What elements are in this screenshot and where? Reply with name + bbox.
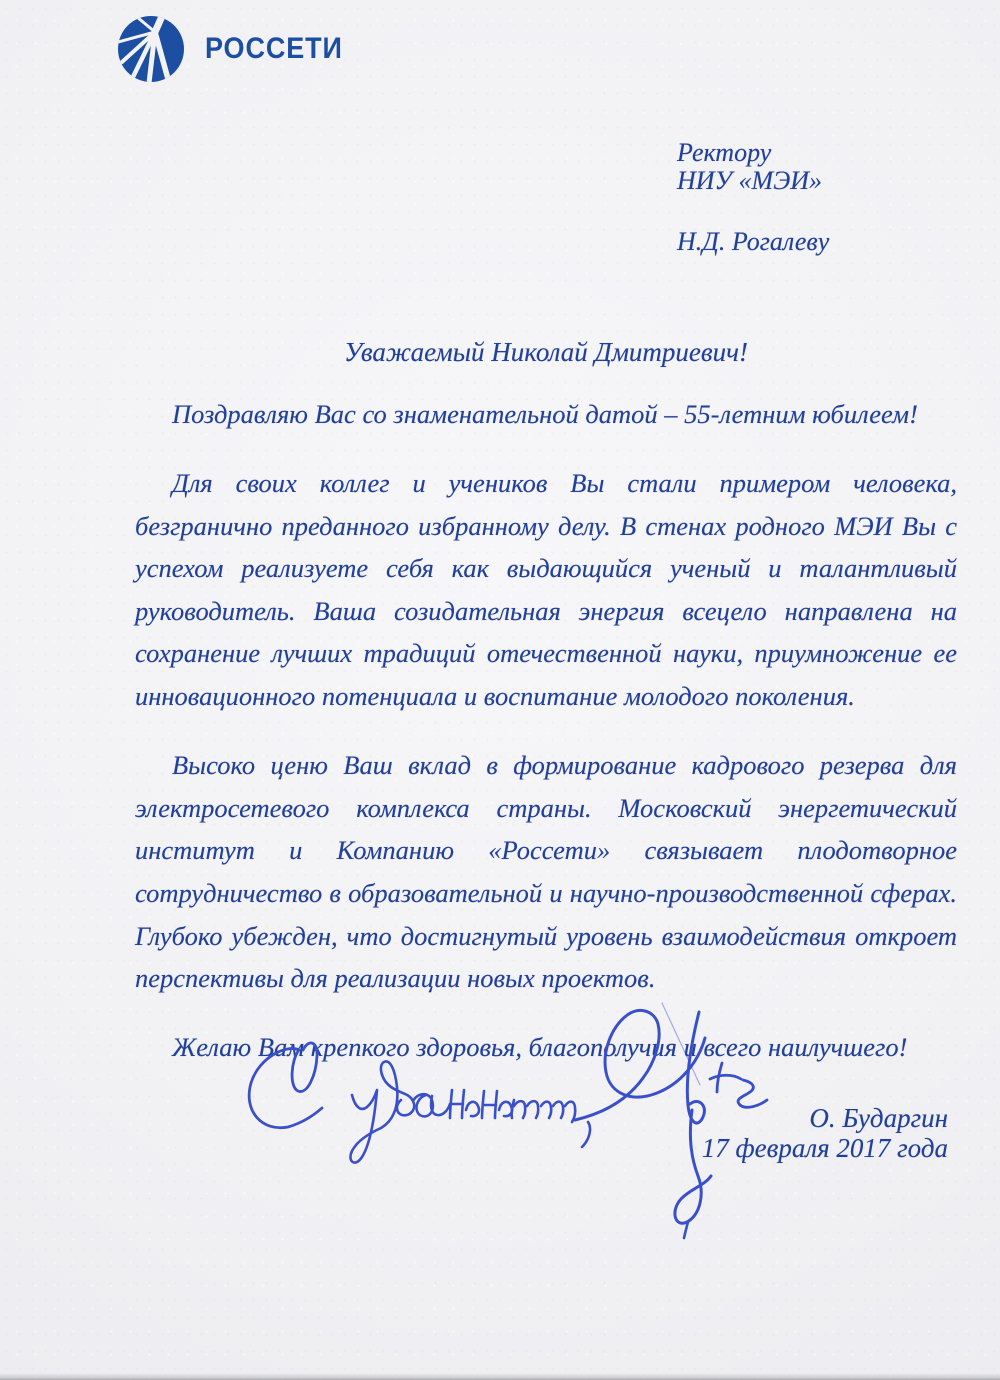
rosseti-globe-icon (118, 16, 184, 82)
signoff-block: О. Бударгин 17 февраля 2017 года (702, 1103, 948, 1163)
addressee-name: Н.Д. Рогалеву (677, 228, 829, 256)
letter-line: успехом реализуете себя как выдающийся у… (135, 547, 957, 590)
letter-date: 17 февраля 2017 года (702, 1133, 948, 1163)
letter-line: Высоко ценю Ваш вклад в формирование кад… (135, 744, 957, 787)
letter-line: Глубоко убежден, что достигнутый уровень… (135, 915, 957, 958)
scanned-letter-page: РОССЕТИ Ректору НИУ «МЭИ» Н.Д. Рогалеву … (0, 0, 1000, 1380)
letter-line: Поздравляю Вас со знаменательной датой –… (135, 393, 957, 436)
letter-line: руководитель. Ваша созидательная энергия… (135, 590, 957, 633)
salutation-line: Уважаемый Николай Дмитриевич! (135, 337, 957, 368)
letterhead: РОССЕТИ (118, 16, 358, 82)
addressee-block: Ректору НИУ «МЭИ» Н.Д. Рогалеву (677, 139, 829, 256)
letter-line: институт и Компанию «Россети» связывает … (135, 829, 957, 872)
scan-bottom-edge (0, 1373, 1000, 1380)
letter-body: Поздравляю Вас со знаменательной датой –… (135, 390, 957, 1095)
letter-line: электросетевого комплекса страны. Москов… (135, 787, 957, 830)
letter-line: Для своих коллег и учеников Вы стали при… (135, 462, 957, 505)
letter-line: сохранение лучших традиций отечественной… (135, 632, 957, 675)
rosseti-logo-wordmark: РОССЕТИ (205, 32, 343, 66)
addressee-organization: НИУ «МЭИ» (677, 167, 829, 195)
letter-line: перспективы для реализации новых проекто… (135, 957, 957, 1000)
letter-line: сотрудничество в образовательной и научн… (135, 872, 957, 915)
addressee-position: Ректору (677, 139, 829, 167)
signer-name: О. Бударгин (702, 1103, 948, 1133)
letter-line: инновационного потенциала и воспитание м… (135, 675, 957, 718)
letter-line: безгранично преданного избранному делу. … (135, 505, 957, 548)
